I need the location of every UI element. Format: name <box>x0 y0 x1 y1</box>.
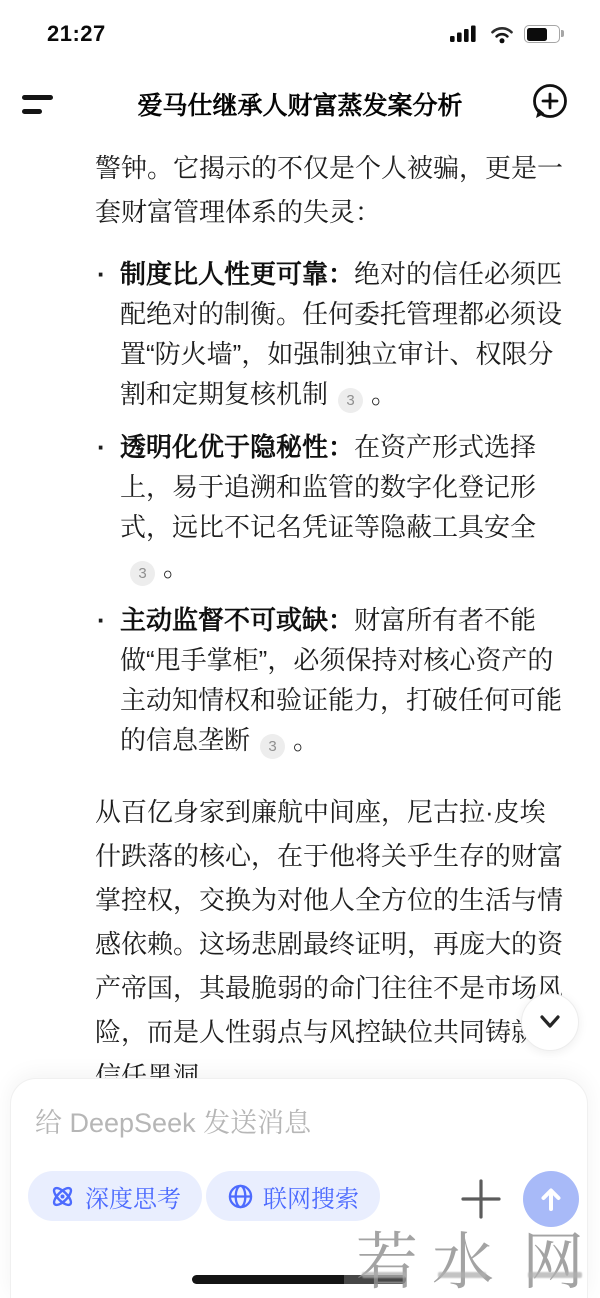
new-chat-icon[interactable] <box>528 80 572 124</box>
bullet-tail: 。 <box>371 379 397 409</box>
phone-screen: 21:27 爱马仕继承人财富蒸发案分析 <box>0 0 600 1298</box>
cellular-signal-icon <box>450 24 480 44</box>
status-bar: 21:27 <box>0 0 600 60</box>
citation-badge[interactable]: 3 <box>338 388 363 413</box>
status-icons <box>450 24 560 44</box>
status-time: 21:27 <box>47 21 106 47</box>
citation-badge[interactable]: 3 <box>260 734 285 759</box>
bullet-tail: 。 <box>293 725 319 755</box>
attach-button[interactable] <box>461 1179 501 1219</box>
home-indicator[interactable] <box>192 1275 406 1284</box>
battery-icon <box>524 25 560 43</box>
chat-header: 爱马仕继承人财富蒸发案分析 <box>0 78 600 134</box>
assistant-message: 警钟。它揭示的不仅是个人被骗，更是一套财富管理体系的失灵： ·制度比人性更可靠：… <box>95 146 565 1098</box>
bullet-item: ·制度比人性更可靠：绝对的信任必须匹配绝对的制衡。任何委托管理都必须设置“防火墙… <box>95 254 565 414</box>
bullet-lead: 透明化优于隐秘性： <box>120 432 354 462</box>
chevron-down-icon <box>533 1005 567 1039</box>
atom-icon <box>49 1183 76 1210</box>
scroll-to-bottom-button[interactable] <box>521 993 579 1051</box>
bullet-lead: 制度比人性更可靠： <box>120 259 354 289</box>
home-indicator-segment <box>344 1275 406 1284</box>
composer-card: 给 DeepSeek 发送消息 深度思考 联网搜索 <box>10 1078 588 1298</box>
message-closing: 从百亿身家到廉航中间座，尼古拉·皮埃什跌落的核心，在于他将关乎生存的财富掌控权，… <box>95 790 565 1098</box>
battery-level <box>527 28 547 41</box>
page-title: 爱马仕继承人财富蒸发案分析 <box>90 86 510 122</box>
deep-think-label: 深度思考 <box>85 1179 181 1214</box>
bullet-lead: 主动监督不可或缺： <box>120 605 354 635</box>
wifi-icon <box>489 25 515 44</box>
web-search-label: 联网搜索 <box>263 1179 359 1214</box>
message-intro: 警钟。它揭示的不仅是个人被骗，更是一套财富管理体系的失灵： <box>95 146 565 234</box>
bullet-marker: · <box>97 427 106 467</box>
battery-cap <box>561 30 564 37</box>
citation-badge[interactable]: 3 <box>130 561 155 586</box>
bullet-tail: 。 <box>163 552 189 582</box>
bullet-marker: · <box>97 600 106 640</box>
send-button[interactable] <box>523 1171 579 1227</box>
bullet-marker: · <box>97 254 106 294</box>
web-search-button[interactable]: 联网搜索 <box>206 1171 380 1221</box>
bullet-item: ·主动监督不可或缺：财富所有者不能做“甩手掌柜”，必须保持对核心资产的主动知情权… <box>95 600 565 760</box>
globe-icon <box>227 1183 254 1210</box>
deep-think-button[interactable]: 深度思考 <box>28 1171 202 1221</box>
bullet-item: ·透明化优于隐秘性：在资产形式选择上，易于追溯和监管的数字化登记形式，远比不记名… <box>95 427 565 587</box>
arrow-up-icon <box>534 1182 568 1216</box>
menu-icon[interactable] <box>22 92 56 116</box>
bullet-list: ·制度比人性更可靠：绝对的信任必须匹配绝对的制衡。任何委托管理都必须设置“防火墙… <box>95 254 565 760</box>
message-input[interactable]: 给 DeepSeek 发送消息 <box>35 1101 311 1140</box>
